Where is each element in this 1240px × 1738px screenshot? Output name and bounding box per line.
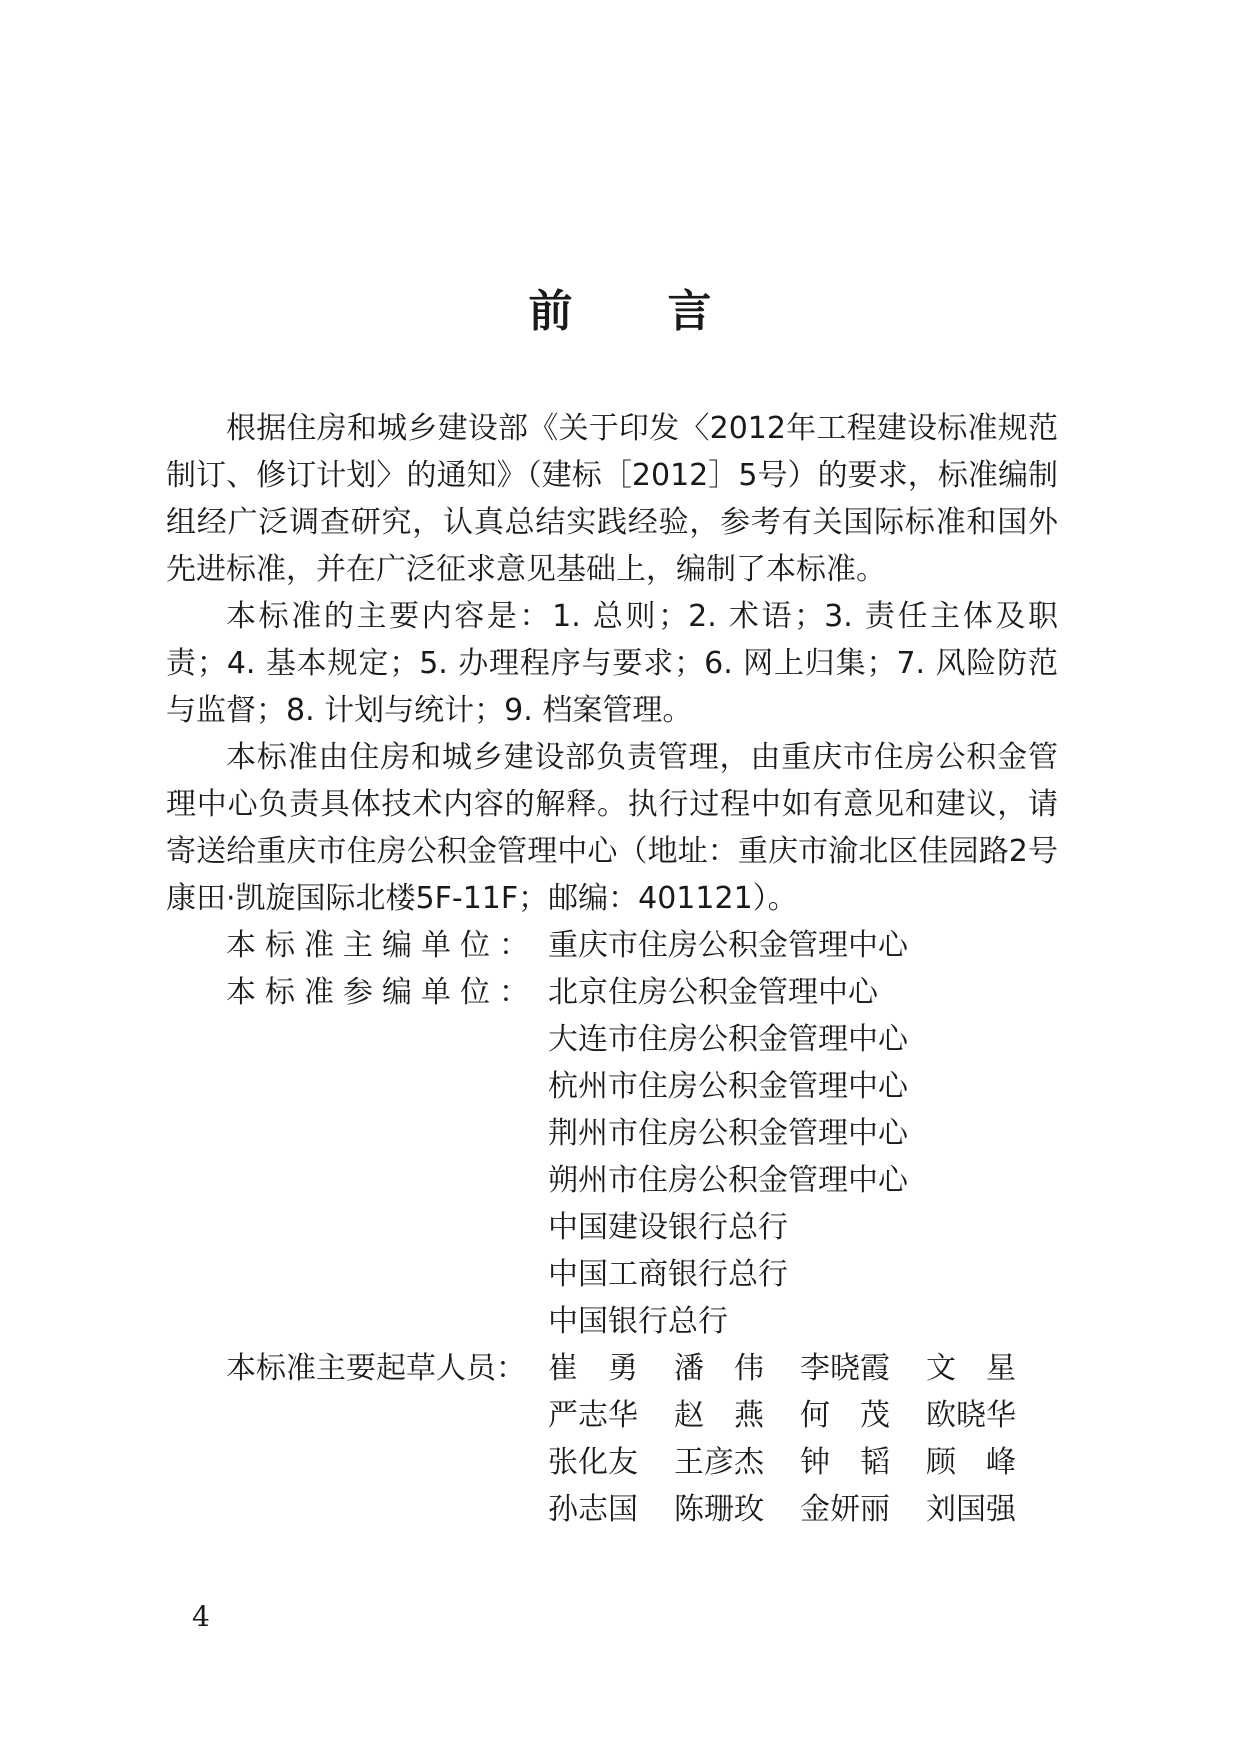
drafters-row: 崔 勇 潘 伟 李晓霞 文 星	[548, 1345, 1052, 1392]
chief-editor-label: 本标准主编单位：	[166, 922, 548, 969]
drafter-name: 金妍丽	[800, 1486, 894, 1533]
participating-units-label: 本标准参编单位：	[166, 969, 548, 1016]
chief-editor-unit: 本标准主编单位： 重庆市住房公积金管理中心	[166, 922, 1058, 969]
drafters-label: 本标准主要起草人员：	[166, 1345, 548, 1392]
participating-unit: 北京住房公积金管理中心	[548, 969, 878, 1016]
participating-unit: 大连市住房公积金管理中心	[548, 1016, 908, 1063]
participating-units: 本标准参编单位： 北京住房公积金管理中心 大连市住房公积金管理中心 杭州市住房公…	[166, 969, 1058, 1345]
chief-editor-value: 重庆市住房公积金管理中心	[548, 922, 908, 969]
title-char-2: 言	[668, 275, 712, 339]
page-title: 前言	[0, 275, 1240, 339]
paragraph-management: 本标准由住房和城乡建设部负责管理，由重庆市住房公积金管理中心负责具体技术内容的解…	[166, 734, 1058, 922]
paragraph-basis: 根据住房和城乡建设部《关于印发〈2012年工程建设标准规范制订、修订计划〉的通知…	[166, 405, 1058, 593]
drafters-row: 严志华 赵 燕 何 茂 欧晓华	[548, 1392, 1052, 1439]
drafter-name: 赵 燕	[674, 1392, 768, 1439]
participating-unit: 中国银行总行	[548, 1298, 728, 1345]
drafter-name: 严志华	[548, 1392, 642, 1439]
drafter-name: 张化友	[548, 1439, 642, 1486]
drafter-name: 顾 峰	[926, 1439, 1020, 1486]
document-body: 根据住房和城乡建设部《关于印发〈2012年工程建设标准规范制订、修订计划〉的通知…	[166, 405, 1058, 1533]
participating-unit: 杭州市住房公积金管理中心	[548, 1063, 908, 1110]
drafters-row: 孙志国 陈珊玫 金妍丽 刘国强	[548, 1486, 1052, 1533]
drafter-name: 陈珊玫	[674, 1486, 768, 1533]
participating-unit: 荆州市住房公积金管理中心	[548, 1110, 908, 1157]
drafter-name: 崔 勇	[548, 1345, 642, 1392]
title-char-1: 前	[529, 275, 573, 339]
participating-unit: 中国工商银行总行	[548, 1251, 788, 1298]
drafters-row: 张化友 王彦杰 钟 韬 顾 峰	[548, 1439, 1052, 1486]
drafter-name: 王彦杰	[674, 1439, 768, 1486]
participating-unit: 中国建设银行总行	[548, 1204, 788, 1251]
drafter-name: 文 星	[926, 1345, 1020, 1392]
drafter-name: 钟 韬	[800, 1439, 894, 1486]
drafter-name: 何 茂	[800, 1392, 894, 1439]
drafter-name: 刘国强	[926, 1486, 1020, 1533]
paragraph-contents: 本标准的主要内容是：1. 总则；2. 术语；3. 责任主体及职责；4. 基本规定…	[166, 593, 1058, 734]
drafter-name: 潘 伟	[674, 1345, 768, 1392]
drafter-name: 孙志国	[548, 1486, 642, 1533]
participating-unit: 朔州市住房公积金管理中心	[548, 1157, 908, 1204]
drafters: 本标准主要起草人员： 崔 勇 潘 伟 李晓霞 文 星 严志华 赵 燕 何 茂 欧…	[166, 1345, 1058, 1533]
drafter-name: 欧晓华	[926, 1392, 1020, 1439]
page-number: 4	[192, 1600, 210, 1633]
drafter-name: 李晓霞	[800, 1345, 894, 1392]
